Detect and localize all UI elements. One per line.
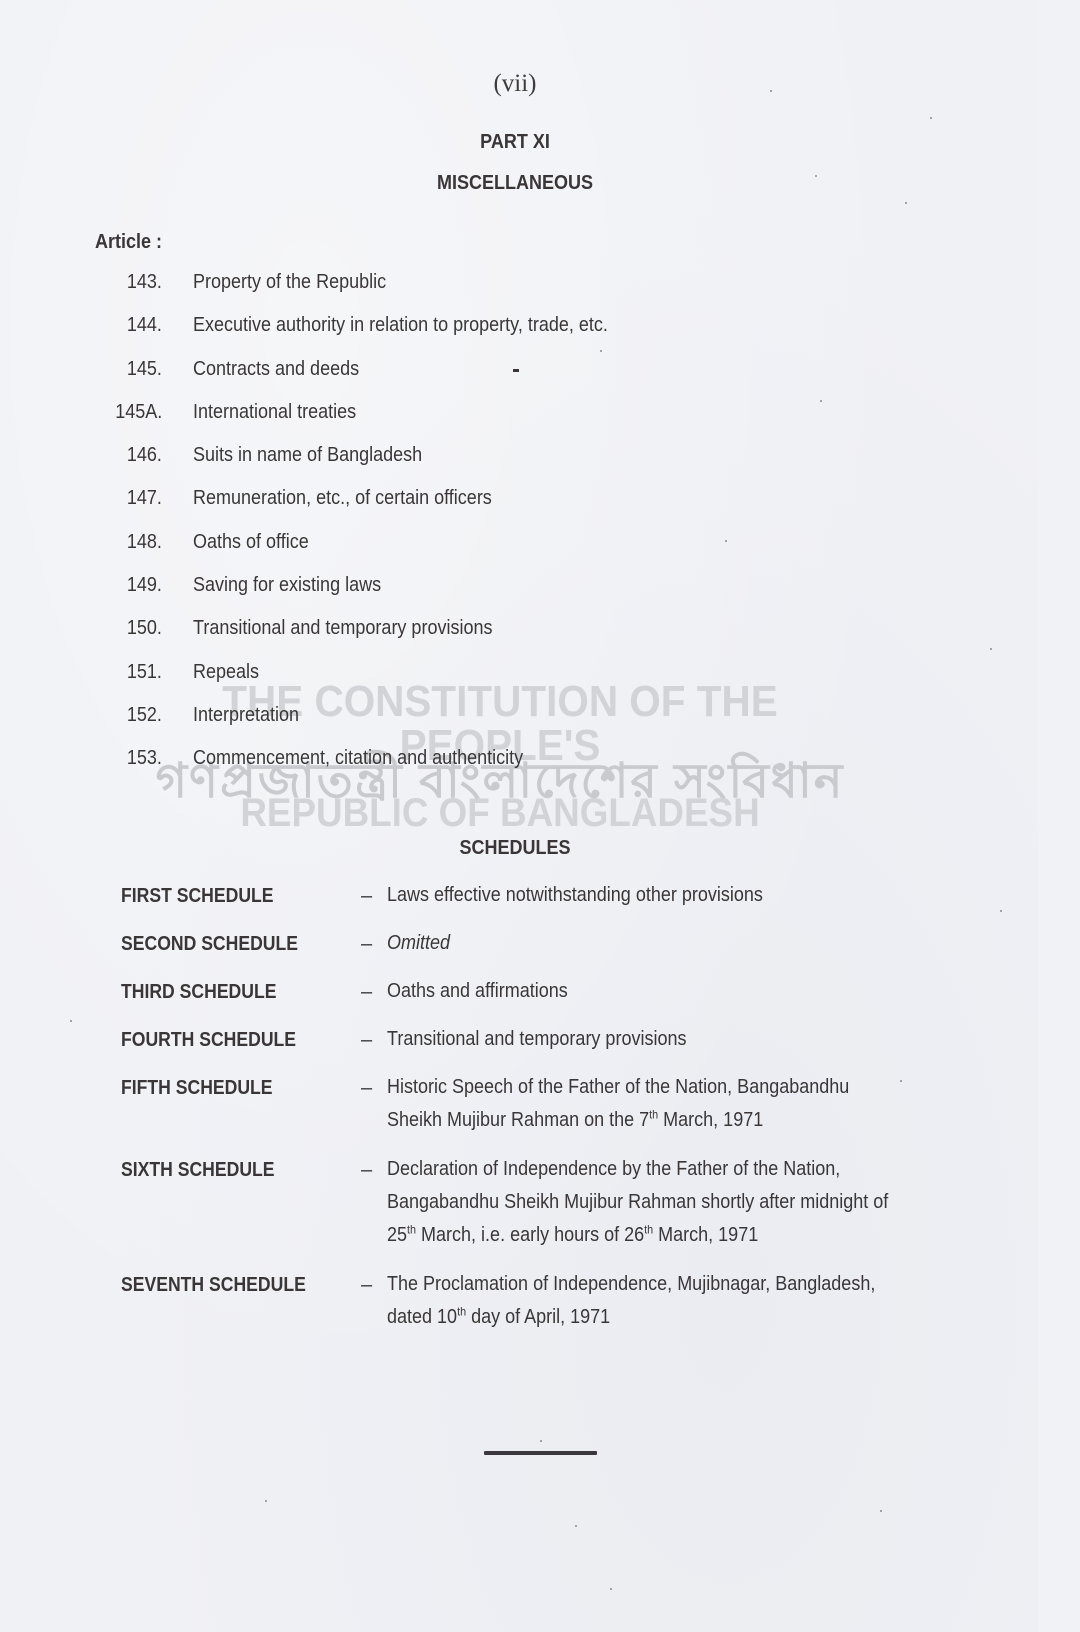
- schedule-entry: SIXTH SCHEDULE–Declaration of Independen…: [0, 1159, 1038, 1274]
- article-title: Oaths of office: [193, 531, 309, 554]
- scan-speck: [900, 1080, 902, 1082]
- article-number: 152.: [127, 704, 162, 727]
- schedule-description: Declaration of Independence by the Fathe…: [387, 1153, 927, 1252]
- schedule-description: Transitional and temporary provisions: [387, 1023, 927, 1056]
- article-number: 151.: [127, 661, 162, 684]
- page-number: (vii): [0, 70, 1030, 98]
- schedule-description: Historic Speech of the Father of the Nat…: [387, 1071, 927, 1137]
- article-title: Interpretation: [193, 704, 299, 727]
- article-entry: 146.Suits in name of Bangladesh: [0, 444, 1038, 487]
- article-number: 143.: [127, 271, 162, 294]
- schedule-dash: –: [361, 1077, 372, 1100]
- article-entry: 143.Property of the Republic: [0, 271, 1038, 314]
- scan-speck: [880, 1510, 882, 1512]
- article-title: Executive authority in relation to prope…: [193, 314, 608, 337]
- article-entry: 147.Remuneration, etc., of certain offic…: [0, 487, 1038, 530]
- article-title: Commencement, citation and authenticity: [193, 747, 523, 770]
- article-number: 145.: [127, 358, 162, 381]
- schedule-entry: SECOND SCHEDULE–Omitted: [0, 933, 1038, 981]
- article-title: Saving for existing laws: [193, 574, 381, 597]
- article-title: Contracts and deeds: [193, 358, 359, 381]
- scan-speck: [610, 1588, 612, 1590]
- schedule-list: FIRST SCHEDULE–Laws effective notwithsta…: [0, 885, 1038, 1354]
- article-title: Repeals: [193, 661, 259, 684]
- schedule-dash: –: [361, 885, 372, 908]
- schedule-dash: –: [361, 1029, 372, 1052]
- schedule-dash: –: [361, 933, 372, 956]
- scan-speck: [1000, 910, 1002, 912]
- scan-speck: [600, 350, 602, 352]
- article-number: 148.: [127, 531, 162, 554]
- schedule-name: SIXTH SCHEDULE: [121, 1159, 275, 1182]
- schedule-entry: FIFTH SCHEDULE–Historic Speech of the Fa…: [0, 1077, 1038, 1159]
- schedule-name: FOURTH SCHEDULE: [121, 1029, 296, 1052]
- schedule-name: SECOND SCHEDULE: [121, 933, 298, 956]
- article-entry: 148.Oaths of office: [0, 531, 1038, 574]
- scan-speck: [725, 540, 727, 542]
- article-title: Suits in name of Bangladesh: [193, 444, 422, 467]
- article-title: Remuneration, etc., of certain officers: [193, 487, 492, 510]
- article-title: Transitional and temporary provisions: [193, 617, 492, 640]
- article-entry: 145A.International treaties: [0, 401, 1038, 444]
- schedule-entry: THIRD SCHEDULE–Oaths and affirmations: [0, 981, 1038, 1029]
- part-subtitle: MISCELLANEOUS: [52, 172, 979, 195]
- schedule-entry: FOURTH SCHEDULE–Transitional and tempora…: [0, 1029, 1038, 1077]
- schedule-description: Laws effective notwithstanding other pro…: [387, 879, 927, 912]
- end-rule-divider: [484, 1451, 597, 1455]
- article-list: 143.Property of the Republic144.Executiv…: [0, 271, 1038, 791]
- scan-speck: [990, 648, 992, 650]
- schedule-name: FIRST SCHEDULE: [121, 885, 274, 908]
- schedule-dash: –: [361, 1274, 372, 1297]
- article-entry: 150.Transitional and temporary provision…: [0, 617, 1038, 660]
- article-entry: 149.Saving for existing laws: [0, 574, 1038, 617]
- schedule-dash: –: [361, 1159, 372, 1182]
- article-entry: 153.Commencement, citation and authentic…: [0, 747, 1038, 790]
- article-number: 144.: [127, 314, 162, 337]
- article-entry: 144.Executive authority in relation to p…: [0, 314, 1038, 357]
- schedule-description: Oaths and affirmations: [387, 975, 927, 1008]
- schedule-description: Omitted: [387, 927, 927, 960]
- scan-speck: [540, 1440, 542, 1442]
- schedule-name: THIRD SCHEDULE: [121, 981, 276, 1004]
- article-column-label: Article :: [95, 231, 162, 254]
- schedule-description: The Proclamation of Independence, Mujibn…: [387, 1268, 927, 1334]
- article-entry: 145.Contracts and deeds: [0, 358, 1038, 401]
- scan-mark: [513, 369, 519, 372]
- schedule-dash: –: [361, 981, 372, 1004]
- schedule-name: SEVENTH SCHEDULE: [121, 1274, 306, 1297]
- article-number: 147.: [127, 487, 162, 510]
- schedule-entry: SEVENTH SCHEDULE–The Proclamation of Ind…: [0, 1274, 1038, 1354]
- scan-speck: [815, 175, 817, 177]
- article-number: 150.: [127, 617, 162, 640]
- article-number: 149.: [127, 574, 162, 597]
- scan-speck: [265, 1500, 267, 1502]
- scan-speck: [820, 400, 822, 402]
- article-title: Property of the Republic: [193, 271, 386, 294]
- article-entry: 151.Repeals: [0, 661, 1038, 704]
- schedule-name: FIFTH SCHEDULE: [121, 1077, 273, 1100]
- scan-speck: [575, 1525, 577, 1527]
- article-number: 146.: [127, 444, 162, 467]
- scan-speck: [905, 202, 907, 204]
- scan-speck: [770, 90, 772, 92]
- article-title: International treaties: [193, 401, 356, 424]
- schedules-heading: SCHEDULES: [52, 837, 979, 860]
- article-number: 153.: [127, 747, 162, 770]
- part-title: PART XI: [52, 131, 979, 154]
- article-entry: 152.Interpretation: [0, 704, 1038, 747]
- scan-speck: [930, 117, 932, 119]
- scan-speck: [70, 1020, 72, 1022]
- article-number: 145A.: [115, 401, 162, 424]
- schedule-entry: FIRST SCHEDULE–Laws effective notwithsta…: [0, 885, 1038, 933]
